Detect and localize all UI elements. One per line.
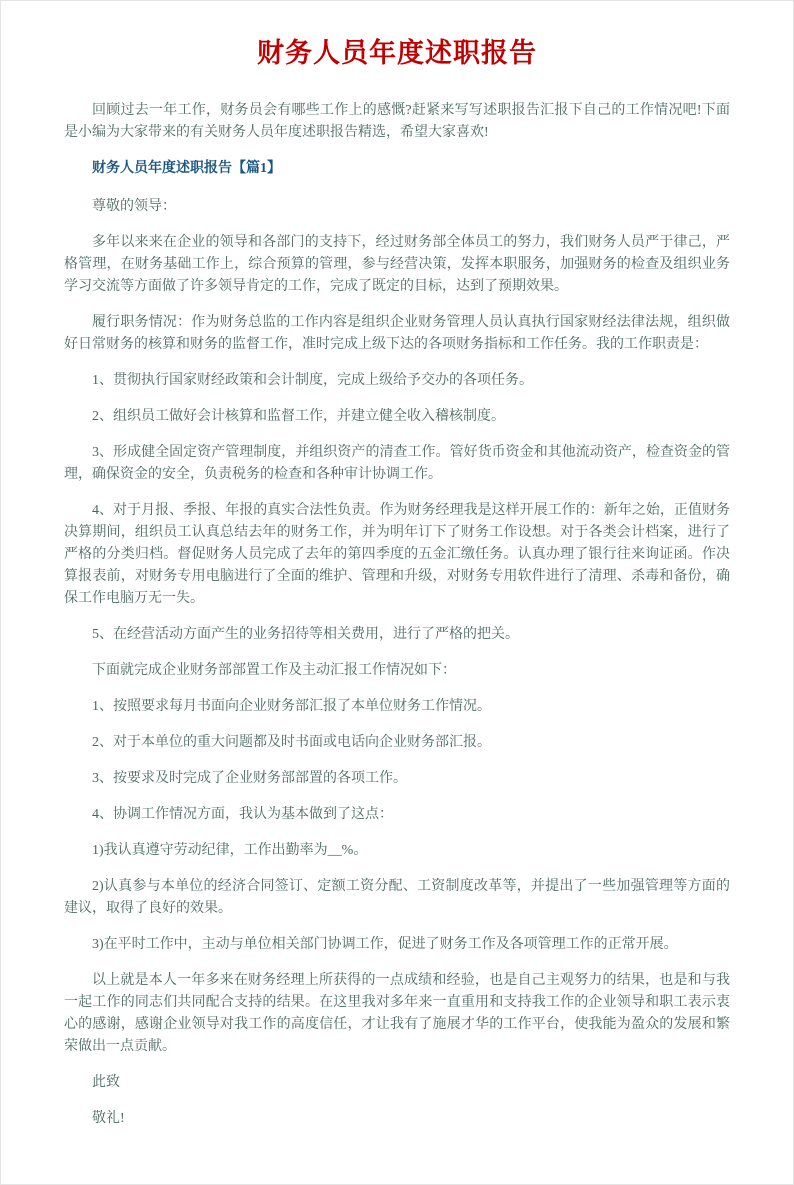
report-item-4: 4、协调工作情况方面，我认为基本做到了这点： [64, 804, 730, 826]
document-title: 财务人员年度述职报告 [64, 31, 730, 70]
report-item-1: 1、按照要求每月书面向企业财务部汇报了本单位财务工作情况。 [64, 696, 730, 718]
document-page: 财务人员年度述职报告 回顾过去一年工作，财务员会有哪些工作上的感慨?赶紧来写写述… [0, 0, 794, 1185]
duty-item-5: 5、在经营活动方面产生的业务招待等相关费用，进行了严格的把关。 [64, 624, 730, 646]
paragraph: 履行职务情况：作为财务总监的工作内容是组织企业财务管理人员认真执行国家财经法律法… [64, 312, 730, 356]
duty-item-4: 4、对于月报、季报、年报的真实合法性负责。作为财务经理我是这样开展工作的：新年之… [64, 500, 730, 610]
intro-paragraph: 回顾过去一年工作，财务员会有哪些工作上的感慨?赶紧来写写述职报告汇报下自己的工作… [64, 100, 730, 144]
section-heading-part1: 财务人员年度述职报告【篇1】 [64, 158, 730, 180]
paragraph: 多年以来来在企业的领导和各部门的支持下，经过财务部全体员工的努力，我们财务人员严… [64, 232, 730, 298]
coordination-item-2: 2)认真参与本单位的经济合同签订、定额工资分配、工资制度改革等，并提出了一些加强… [64, 876, 730, 920]
report-item-3: 3、按要求及时完成了企业财务部部置的各项工作。 [64, 768, 730, 790]
duty-item-2: 2、组织员工做好会计核算和监督工作，并建立健全收入稽核制度。 [64, 406, 730, 428]
salutation: 尊敬的领导： [64, 196, 730, 218]
coordination-item-1: 1)我认真遵守劳动纪律，工作出勤率为__%。 [64, 840, 730, 862]
duty-item-3: 3、形成健全固定资产管理制度，并组织资产的清查工作。管好货币资金和其他流动资产，… [64, 442, 730, 486]
valediction-cizhi: 此致 [64, 1072, 730, 1094]
duty-item-1: 1、贯彻执行国家财经政策和会计制度，完成上级给予交办的各项任务。 [64, 370, 730, 392]
report-item-2: 2、对于本单位的重大问题都及时书面或电话向企业财务部汇报。 [64, 732, 730, 754]
coordination-item-3: 3)在平时工作中，主动与单位相关部门协调工作，促进了财务工作及各项管理工作的正常… [64, 934, 730, 956]
closing-paragraph: 以上就是本人一年多来在财务经理上所获得的一点成绩和经验，也是自己主观努力的结果，… [64, 970, 730, 1058]
paragraph: 下面就完成企业财务部部置工作及主动汇报工作情况如下： [64, 660, 730, 682]
valediction-jingli: 敬礼! [64, 1108, 730, 1130]
